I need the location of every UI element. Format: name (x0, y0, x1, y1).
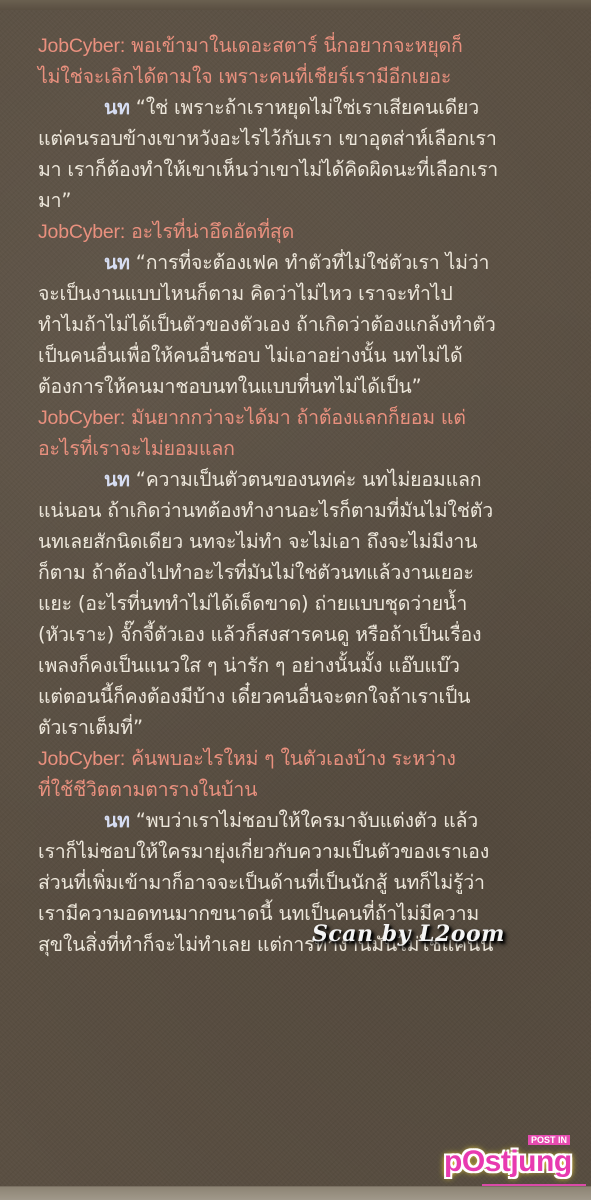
logo-tag: POST IN (528, 1135, 570, 1145)
question-block: JobCyber: อะไรที่น่าอึดอัดที่สุด (38, 216, 558, 247)
answer-line: จะเป็นงานแบบไหนก็ตาม คิดว่าไม่ไหว เราจะท… (38, 278, 558, 309)
interview-article: JobCyber: พอเข้ามาในเดอะสตาร์ นี่กอยากจะ… (38, 30, 558, 960)
answer-line: แน่นอน ถ้าเกิดว่านทต้องทำงานอะไรก็ตามที่… (38, 495, 558, 526)
answer-block: นท“การที่จะต้องเฟค ทำตัวที่ไม่ใช่ตัวเรา … (38, 247, 558, 402)
question-line: JobCyber: ค้นพบอะไรใหม่ ๆ ในตัวเองบ้าง ร… (38, 743, 558, 774)
logo-wordmark: pOstjung (444, 1145, 572, 1179)
speaker-label: นท (104, 251, 130, 274)
question-line: อะไรที่เราจะไม่ยอมแลก (38, 433, 558, 464)
question-line: JobCyber: มันยากกว่าจะได้มา ถ้าต้องแลกก็… (38, 402, 558, 433)
answer-block: นท“ใช่ เพราะถ้าเราหยุดไม่ใช่เราเสียคนเดี… (38, 92, 558, 216)
page-top-edge (0, 0, 591, 10)
answer-line: ส่วนที่เพิ่มเข้ามาก็อาจจะเป็นด้านที่เป็น… (38, 867, 558, 898)
answer-line: มา เราก็ต้องทำให้เขาเห็นว่าเขาไม่ได้คิดผ… (38, 154, 558, 185)
answer-line: แยะ (อะไรที่นททำไม่ได้เด็ดขาด) ถ่ายแบบชุ… (38, 588, 558, 619)
answer-line: ก็ตาม ถ้าต้องไปทำอะไรที่มันไม่ใช่ตัวนทแล… (38, 557, 558, 588)
interviewer-label: JobCyber: (38, 35, 125, 57)
answer-line: มา” (38, 185, 558, 216)
answer-line: ตัวเราเต็มที่” (38, 712, 558, 743)
interviewer-label: JobCyber: (38, 748, 125, 770)
answer-line: เป็นคนอื่นเพื่อให้คนอื่นชอบ ไม่เอาอย่างน… (38, 340, 558, 371)
question-block: JobCyber: ค้นพบอะไรใหม่ ๆ ในตัวเองบ้าง ร… (38, 743, 558, 805)
speaker-label: นท (104, 468, 130, 491)
question-line: ที่ใช้ชีวิตตามตารางในบ้าน (38, 774, 558, 805)
answer-line: นท“พบว่าเราไม่ชอบให้ใครมาจับแต่งตัว แล้ว (38, 805, 558, 836)
question-block: JobCyber: พอเข้ามาในเดอะสตาร์ นี่กอยากจะ… (38, 30, 558, 92)
interviewer-label: JobCyber: (38, 407, 125, 429)
answer-line: เพลงก็คงเป็นแนวใส ๆ น่ารัก ๆ อย่างนั้นมั… (38, 650, 558, 681)
answer-line: นท“ใช่ เพราะถ้าเราหยุดไม่ใช่เราเสียคนเดี… (38, 92, 558, 123)
answer-line: ต้องการให้คนมาชอบนทในแบบที่นทไม่ได้เป็น” (38, 371, 558, 402)
answer-line: นท“การที่จะต้องเฟค ทำตัวที่ไม่ใช่ตัวเรา … (38, 247, 558, 278)
answer-line: นทเลยสักนิดเดียว นทจะไม่ทำ จะไม่เอา ถึงจ… (38, 526, 558, 557)
scan-watermark: Scan by L2oom (312, 921, 505, 947)
question-block: JobCyber: มันยากกว่าจะได้มา ถ้าต้องแลกก็… (38, 402, 558, 464)
answer-block: นท“ความเป็นตัวตนของนทค่ะ นทไม่ยอมแลก แน่… (38, 464, 558, 743)
answer-line: แต่คนรอบข้างเขาหวังอะไรไว้กับเรา เขาอุตส… (38, 123, 558, 154)
answer-line: (หัวเราะ) จั๊กจี้ตัวเอง แล้วก็สงสารคนดู … (38, 619, 558, 650)
interviewer-label: JobCyber: (38, 221, 125, 243)
answer-line: นท“ความเป็นตัวตนของนทค่ะ นทไม่ยอมแลก (38, 464, 558, 495)
question-line: JobCyber: พอเข้ามาในเดอะสตาร์ นี่กอยากจะ… (38, 30, 558, 61)
answer-line: แต่ตอนนี้ก็คงต้องมีบ้าง เดี๋ยวคนอื่นจะตก… (38, 681, 558, 712)
answer-line: เราก็ไม่ชอบให้ใครมายุ่งเกี่ยวกับความเป็น… (38, 836, 558, 867)
question-line: JobCyber: อะไรที่น่าอึดอัดที่สุด (38, 216, 558, 247)
speaker-label: นท (104, 96, 130, 119)
page-bottom-edge (0, 1186, 591, 1200)
answer-line: ทำไมถ้าไม่ได้เป็นตัวของตัวเอง ถ้าเกิดว่า… (38, 309, 558, 340)
question-line: ไม่ใช่จะเลิกได้ตามใจ เพราะคนที่เชียร์เรา… (38, 61, 558, 92)
speaker-label: นท (104, 809, 130, 832)
